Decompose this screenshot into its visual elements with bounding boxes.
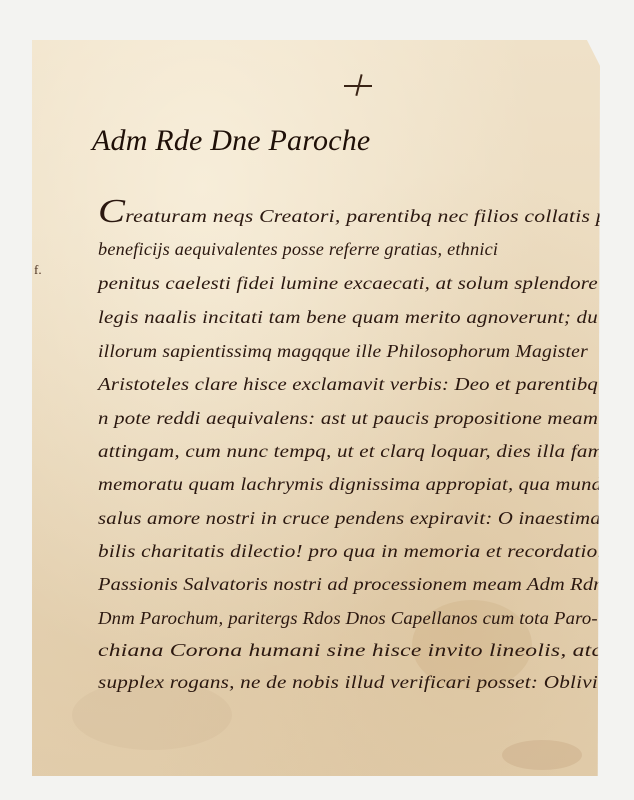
manuscript-line-2: beneficijs aequivalentes posse referre g… bbox=[98, 237, 498, 261]
manuscript-line-8: attingam, cum nunc tempq, ut et clarq lo… bbox=[98, 439, 603, 463]
paper-stain bbox=[502, 740, 582, 770]
manuscript-line-3: penitus caelesti fidei lumine excaecati,… bbox=[98, 271, 598, 295]
manuscript-line-15: supplex rogans, ne de nobis illud verifi… bbox=[98, 670, 598, 694]
manuscript-line-12: Passionis Salvatoris nostri ad processio… bbox=[98, 572, 608, 596]
line-text: reaturam neqs Creatori, parentibq nec fi… bbox=[125, 206, 626, 226]
manuscript-page: f. Adm Rde Dne Paroche Creaturam neqs Cr… bbox=[32, 40, 600, 776]
manuscript-line-14: chiana Corona humani sine hisce invito l… bbox=[98, 638, 613, 662]
manuscript-line-6: Aristoteles clare hisce exclamavit verbi… bbox=[98, 372, 598, 396]
manuscript-line-9: memoratu quam lachrymis dignissima appro… bbox=[98, 472, 608, 496]
salutation: Adm Rde Dne Paroche bbox=[92, 124, 370, 158]
manuscript-line-1: Creaturam neqs Creatori, parentibq nec f… bbox=[98, 200, 626, 228]
manuscript-line-10: salus amore nostri in cruce pendens expi… bbox=[98, 506, 608, 530]
cross-icon bbox=[344, 74, 372, 94]
initial-capital: C bbox=[98, 193, 125, 230]
margin-mark: f. bbox=[34, 262, 42, 278]
manuscript-line-5: illorum sapientissimq magqque ille Philo… bbox=[98, 339, 588, 363]
manuscript-line-4: legis naalis incitati tam bene quam meri… bbox=[98, 305, 598, 329]
manuscript-line-7: n pote reddi aequivalens: ast ut paucis … bbox=[98, 406, 598, 430]
manuscript-line-11: bilis charitatis dilectio! pro qua in me… bbox=[98, 539, 618, 563]
manuscript-line-13: Dnm Parochum, paritergs Rdos Dnos Capell… bbox=[98, 606, 598, 630]
